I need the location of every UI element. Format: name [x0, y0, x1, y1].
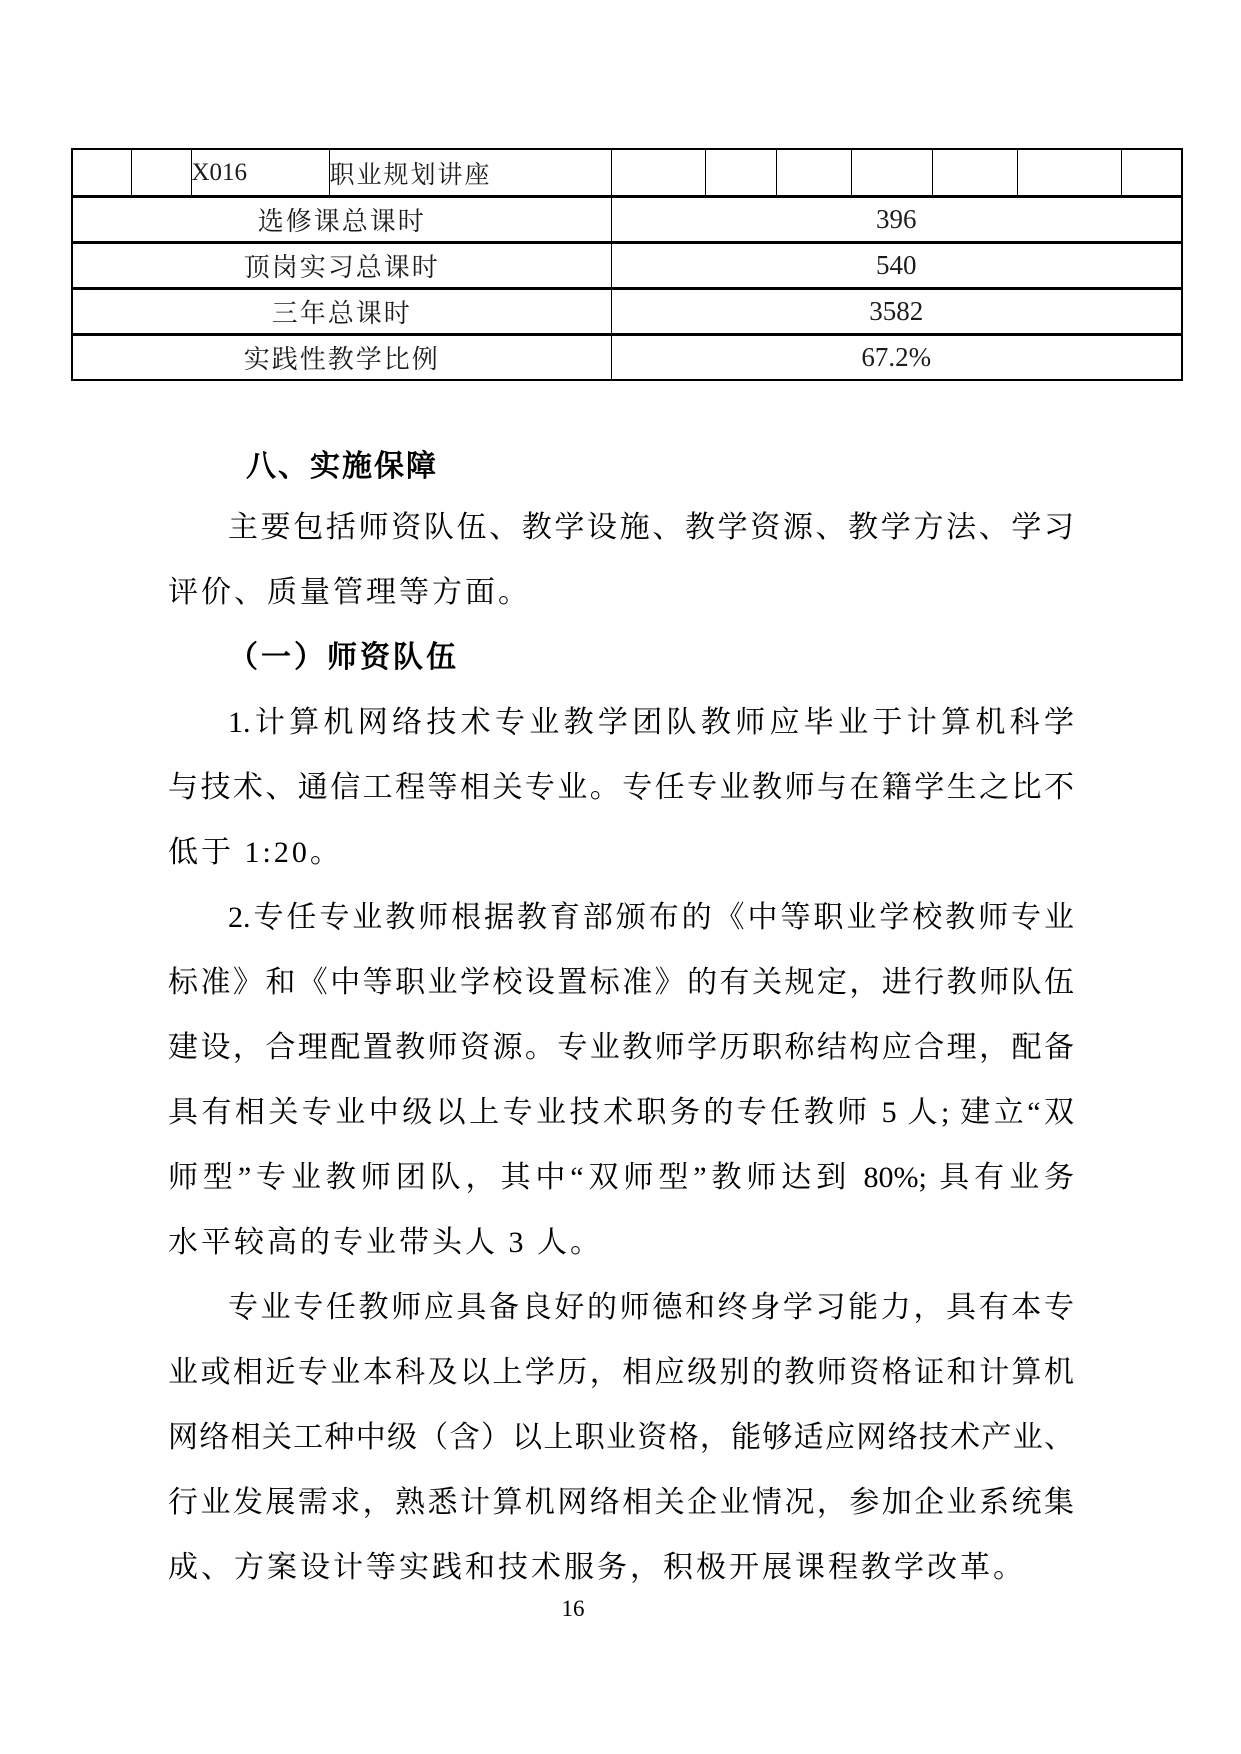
course-code-cell: X016: [191, 149, 329, 197]
body-line: 专业专任教师应具备良好的师德和终身学习能力，具有本专: [168, 1275, 1074, 1340]
body-line: 行业发展需求，熟悉计算机网络相关企业情况，参加企业系统集: [168, 1470, 1074, 1535]
summary-value-cell: 67.2%: [611, 335, 1182, 381]
summary-row: 顶岗实习总课时540: [72, 243, 1182, 289]
empty-cell: [705, 149, 776, 197]
body-line: 具有相关专业中级以上专业技术职务的专任教师 5 人; 建立“双: [168, 1080, 1074, 1145]
body-line: 成、方案设计等实践和技术服务，积极开展课程教学改革。: [168, 1535, 1074, 1600]
empty-cell: [1017, 149, 1121, 197]
body-line: 与技术、通信工程等相关专业。专任专业教师与在籍学生之比不: [168, 755, 1074, 820]
page-number: 16: [0, 1596, 1146, 1622]
course-hours-table: X016职业规划讲座选修课总课时396顶岗实习总课时540三年总课时3582实践…: [71, 148, 1183, 381]
body-line: 1.计算机网络技术专业教学团队教师应毕业于计算机科学: [168, 690, 1074, 755]
document-page: X016职业规划讲座选修课总课时396顶岗实习总课时540三年总课时3582实践…: [0, 0, 1241, 1754]
body-line: 2.专任专业教师根据教育部颁布的《中等职业学校教师专业: [168, 885, 1074, 950]
empty-cell: [932, 149, 1017, 197]
empty-cell: [776, 149, 851, 197]
body-line: 低于 1:20。: [168, 820, 1074, 885]
summary-value-cell: 540: [611, 243, 1182, 289]
empty-cell: [131, 149, 191, 197]
summary-row: 实践性教学比例67.2%: [72, 335, 1182, 381]
body-line: 师型”专业教师团队，其中“双师型”教师达到 80%; 具有业务: [168, 1145, 1074, 1210]
empty-cell: [72, 149, 131, 197]
empty-cell: [851, 149, 932, 197]
body-line: 评价、质量管理等方面。: [168, 560, 1074, 625]
course-row: X016职业规划讲座: [72, 149, 1182, 197]
body-text: 主要包括师资队伍、教学设施、教学资源、教学方法、学习评价、质量管理等方面。（一）…: [168, 495, 1074, 1600]
summary-label-cell: 选修课总课时: [72, 197, 611, 243]
body-line: 主要包括师资队伍、教学设施、教学资源、教学方法、学习: [168, 495, 1074, 560]
summary-row: 三年总课时3582: [72, 289, 1182, 335]
body-line: 标准》和《中等职业学校设置标准》的有关规定，进行教师队伍: [168, 950, 1074, 1015]
empty-cell: [611, 149, 705, 197]
summary-value-cell: 396: [611, 197, 1182, 243]
summary-label-cell: 顶岗实习总课时: [72, 243, 611, 289]
summary-value-cell: 3582: [611, 289, 1182, 335]
summary-label-cell: 三年总课时: [72, 289, 611, 335]
body-line: 水平较高的专业带头人 3 人。: [168, 1210, 1074, 1275]
summary-label-cell: 实践性教学比例: [72, 335, 611, 381]
subsection-heading: （一）师资队伍: [168, 625, 1074, 690]
section-heading: 八、实施保障: [246, 441, 438, 485]
body-line: 建设，合理配置教师资源。专业教师学历职称结构应合理，配备: [168, 1015, 1074, 1080]
course-name-cell: 职业规划讲座: [329, 149, 611, 197]
summary-row: 选修课总课时396: [72, 197, 1182, 243]
body-line: 业或相近专业本科及以上学历，相应级别的教师资格证和计算机: [168, 1340, 1074, 1405]
body-line: 网络相关工种中级（含）以上职业资格，能够适应网络技术产业、: [168, 1405, 1074, 1470]
empty-cell: [1121, 149, 1182, 197]
